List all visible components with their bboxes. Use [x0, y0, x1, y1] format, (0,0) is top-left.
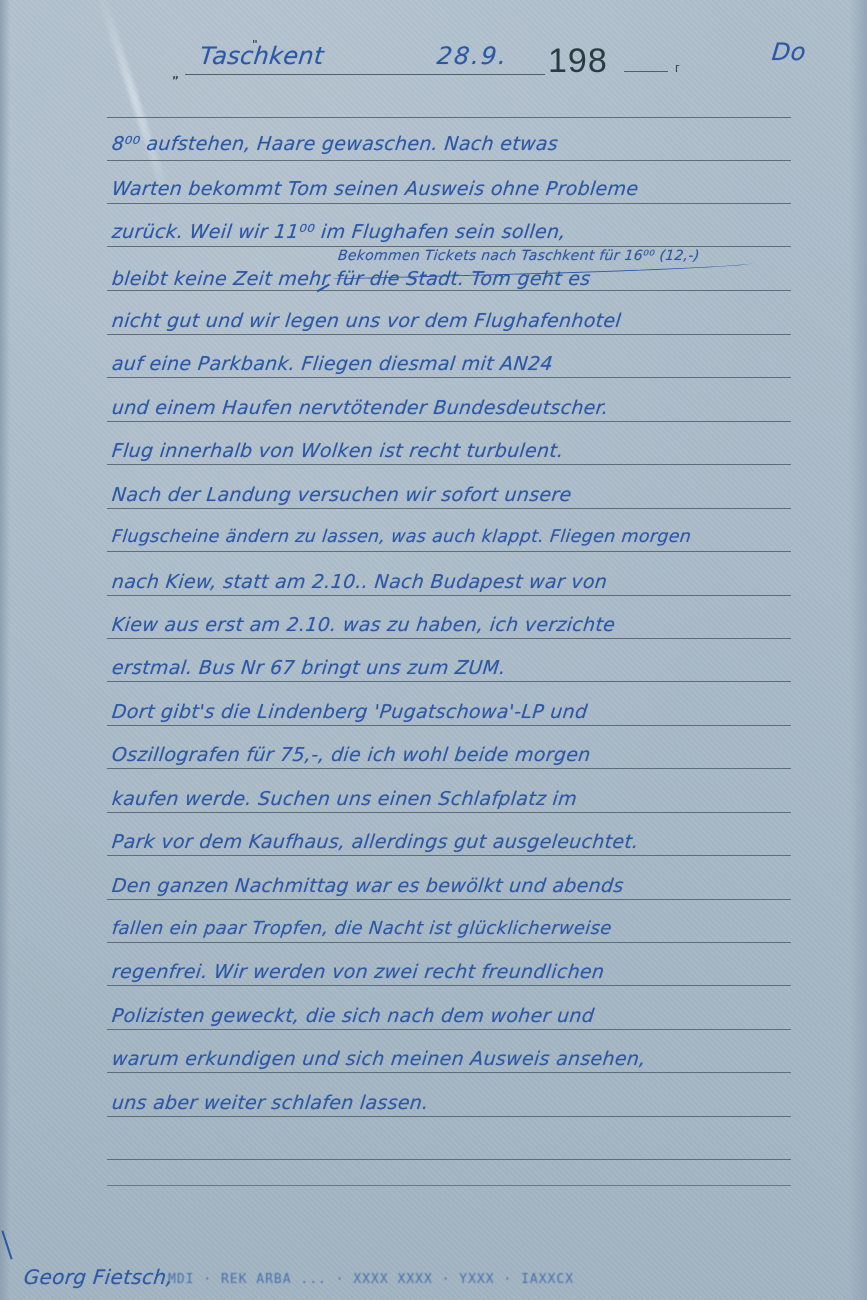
- ruled-line: [107, 1185, 791, 1186]
- header-rule: [185, 74, 545, 75]
- page-right-edge: [849, 0, 867, 1300]
- ruled-line: [107, 551, 791, 552]
- ruled-line: [107, 421, 791, 422]
- entry-line: regenfrei. Wir werden von zwei recht fre…: [111, 961, 606, 983]
- entry-date: 28.9.: [436, 42, 510, 70]
- ruled-line: [107, 160, 791, 161]
- entry-line: Park vor dem Kaufhaus, allerdings gut au…: [111, 831, 640, 853]
- header-rule: [624, 71, 668, 72]
- open-quote-mark: „: [172, 68, 179, 81]
- ruled-line: [107, 985, 791, 986]
- entry-line: Oszillografen für 75,-, die ich wohl bei…: [111, 744, 592, 766]
- page-left-edge: [0, 0, 10, 1300]
- ruled-line: [107, 725, 791, 726]
- entry-line: 8⁰⁰ aufstehen, Haare gewaschen. Nach etw…: [111, 133, 559, 155]
- entry-line: Polizisten geweckt, die sich nach dem wo…: [111, 1005, 596, 1027]
- ruled-line: [107, 812, 791, 813]
- ruled-line: [107, 377, 791, 378]
- entry-line: Warten bekommt Tom seinen Ausweis ohne P…: [111, 178, 640, 200]
- ruled-line: [107, 638, 791, 639]
- entry-line: Nach der Landung versuchen wir sofort un…: [111, 484, 573, 506]
- entry-line: erstmal. Bus Nr 67 bringt uns zum ZUM.: [111, 657, 507, 679]
- year-suffix: г: [675, 60, 680, 75]
- place-name: Taschkent: [199, 42, 326, 70]
- ruled-line: [107, 464, 791, 465]
- smudged-footer-text: MDI · REK ARBA ... · XXXX XXXX · YXXX · …: [168, 1272, 574, 1287]
- ruled-line: [107, 203, 791, 204]
- entry-line: Flugscheine ändern zu lassen, was auch k…: [111, 527, 692, 547]
- entry-line: kaufen werde. Suchen uns einen Schlafpla…: [111, 788, 578, 810]
- entry-line: fallen ein paar Tropfen, die Nacht ist g…: [111, 918, 613, 939]
- entry-line: auf eine Parkbank. Fliegen diesmal mit A…: [111, 353, 554, 375]
- ruled-line: [107, 899, 791, 900]
- entry-line: uns aber weiter schlafen lassen.: [111, 1092, 430, 1114]
- ruled-line: [107, 246, 791, 247]
- entry-line: warum erkundigen und sich meinen Ausweis…: [111, 1048, 647, 1070]
- ruled-line: [107, 508, 791, 509]
- ruled-line: [107, 290, 791, 291]
- ruled-line: [107, 334, 791, 335]
- author-signature: Georg Fietsch,: [23, 1265, 175, 1289]
- entry-line: und einem Haufen nervtötender Bundesdeut…: [111, 397, 610, 419]
- ruled-line: [107, 1029, 791, 1030]
- entry-line: Flug innerhalb von Wolken ist recht turb…: [111, 440, 565, 462]
- ruled-line: [107, 855, 791, 856]
- entry-line: nach Kiew, statt am 2.10.. Nach Budapest…: [111, 571, 609, 593]
- ruled-line: [107, 1116, 791, 1117]
- ruled-line: [107, 768, 791, 769]
- diary-page: „ " Taschkent 28.9. 198 г Do 8⁰⁰ aufsteh…: [0, 0, 867, 1300]
- ruled-line: [107, 942, 791, 943]
- printed-year: 198: [548, 42, 608, 81]
- entry-line: zurück. Weil wir 11⁰⁰ im Flughafen sein …: [111, 221, 567, 243]
- ruled-line: [107, 1072, 791, 1073]
- entry-line: Dort gibt's die Lindenberg 'Pugatschowa'…: [111, 701, 589, 723]
- ruled-line: [107, 681, 791, 682]
- entry-line: Den ganzen Nachmittag war es bewölkt und…: [111, 875, 625, 897]
- ruled-line: [107, 595, 791, 596]
- ruled-line: [107, 1159, 791, 1160]
- weekday: Do: [771, 38, 808, 66]
- entry-line: Kiew aus erst am 2.10. was zu haben, ich…: [111, 614, 617, 636]
- entry-line: nicht gut und wir legen uns vor dem Flug…: [111, 310, 622, 332]
- ruled-line: [107, 117, 791, 118]
